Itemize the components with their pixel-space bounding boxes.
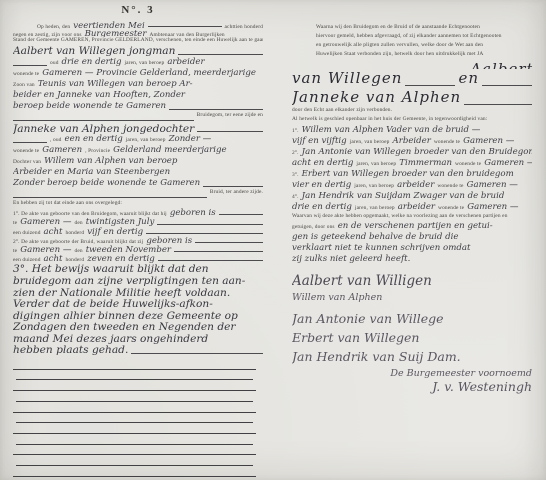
blank-rule xyxy=(219,213,263,215)
text-segment: Gameren — xyxy=(20,245,71,254)
text-segment: Willem van Alphen van beroep xyxy=(44,156,177,166)
blank-rule xyxy=(169,108,263,110)
text-line: 3°.Erbert van Willegen broeder van den b… xyxy=(292,169,532,180)
text-segment: beroep beide wonende te Gameren xyxy=(13,101,166,111)
text-segment: Huwelijken Staat verbonden zijn, hetwelk… xyxy=(316,51,483,57)
blank-rule xyxy=(158,259,263,261)
text-segment: zeven en dertig xyxy=(87,254,155,263)
text-segment: 3°. Het bewijs waaruit blijkt dat den xyxy=(13,263,209,275)
text-line: zien der Nationale Militie heeft voldaan… xyxy=(13,287,263,299)
text-segment: Willem van Alphen Vader van de bruid — xyxy=(302,125,481,135)
text-segment: zij zulks niet geleerd heeft. xyxy=(292,254,410,264)
text-segment: Timmerman xyxy=(399,158,452,168)
text-segment: Gameren — Provincie Gelderland, meerderj… xyxy=(42,68,256,78)
blank-rule xyxy=(482,84,532,86)
ruled-line xyxy=(13,380,256,391)
text-line: Jan Antonie van Willege xyxy=(292,311,532,330)
text-segment: vijf en dertig xyxy=(87,227,143,236)
text-line: Zondagen den tweeden en Negenden der xyxy=(13,321,263,333)
text-line: Dochter vanWillem van Alphen van beroep xyxy=(13,156,263,167)
blank-rule xyxy=(178,53,263,55)
ruled-line xyxy=(13,359,256,370)
text-line: 2°.Jan Antonie van Willegen broeder van … xyxy=(292,147,532,158)
blank-rule xyxy=(13,119,194,121)
text-segment: 2°. xyxy=(292,150,299,156)
text-segment: Gameren — xyxy=(463,136,514,146)
ruled-line xyxy=(16,391,254,402)
text-segment: En hebben zij tot dat einde aan ons over… xyxy=(13,200,122,206)
text-segment: Janneke van Alphen xyxy=(292,88,461,106)
text-line: Waarvan wij deze akte hebben opgemaakt, … xyxy=(292,213,532,221)
document-scan: N°. 3 Op heden, denveertienden Meiachtti… xyxy=(0,0,546,480)
text-segment: Gelderland meerderjarige xyxy=(113,145,226,155)
text-segment: acht xyxy=(44,227,63,236)
text-segment: Gameren xyxy=(42,145,82,155)
text-segment: wonende te xyxy=(13,71,39,77)
text-segment: maand Mei dezes jaars ongehinderd xyxy=(13,333,208,345)
text-segment: 3°. xyxy=(292,172,299,178)
text-line: beroep beide wonende te Gameren xyxy=(13,101,263,112)
text-segment: verklaart niet te kunnen schrijven omdat xyxy=(292,243,470,253)
ruled-line xyxy=(13,402,256,413)
text-segment: digingen alhier binnen deze Gemeente op xyxy=(13,310,238,322)
text-segment: hiervoor gemeld, hebben afgevraagd, of z… xyxy=(316,33,502,39)
text-line: gen is geteekend behalve de bruid die xyxy=(292,232,532,243)
blank-rule xyxy=(203,185,263,187)
text-line: teGameren —dentwintigsten July xyxy=(13,217,263,226)
blank-rule xyxy=(174,250,263,252)
text-line: Zonder beroep beide wonende te Gameren xyxy=(13,178,263,189)
text-segment: De Burgemeester voornoemd xyxy=(390,368,532,379)
text-line: getuigen, door onsen de verschenen parti… xyxy=(292,221,532,232)
text-segment: Op heden, den xyxy=(37,24,70,29)
empty-ruled-section xyxy=(13,359,263,480)
text-line: J. v. Westeningh xyxy=(292,379,532,398)
text-line: en getrouwelijk alle pligten zullen verv… xyxy=(316,42,532,51)
text-segment: , oud xyxy=(50,137,62,143)
certificate-page-left: N°. 3 Op heden, denveertienden Meiachtti… xyxy=(0,0,272,480)
text-segment: wonende te xyxy=(437,183,463,189)
text-segment: Gameren — xyxy=(20,217,71,226)
text-segment: Stand der Gemeente GAMEREN, Provincie GE… xyxy=(13,37,263,43)
blank-rule xyxy=(464,103,532,105)
text-segment: Gameren — xyxy=(484,158,532,168)
text-line: Bruidegom, ter eene zijde en xyxy=(13,112,263,123)
text-segment: Aalbert van Willegen jongman xyxy=(13,45,175,57)
ruled-line xyxy=(16,455,254,466)
text-line: De Burgemeester voornoemd xyxy=(292,368,532,379)
text-segment: geboren is xyxy=(170,208,216,217)
text-segment: bruidegom aan zijne verpligtingen ten aa… xyxy=(13,275,245,287)
text-segment: acht en dertig xyxy=(292,158,353,168)
blank-rule xyxy=(146,232,263,234)
act-number: N°. 3 xyxy=(13,4,263,21)
text-segment: zien der Nationale Militie heeft voldaan… xyxy=(13,287,230,299)
text-segment: Aalbert xyxy=(470,60,532,69)
blank-rule xyxy=(131,352,263,354)
text-line: Stand der Gemeente GAMEREN, Provincie GE… xyxy=(13,37,263,45)
text-line: maand Mei dezes jaars ongehinderd xyxy=(13,333,263,345)
text-segment: Zoon van xyxy=(13,82,35,88)
text-line: Op heden, denveertienden Meiachttien hon… xyxy=(37,21,263,29)
text-segment: vijf en vijftig xyxy=(292,136,347,146)
text-segment: jaren, van beroep xyxy=(126,137,166,143)
text-segment: arbeider xyxy=(167,57,204,67)
act-number-label: N°. 3 xyxy=(121,4,154,16)
text-segment: Al hetwelk is geschied openbaar in het h… xyxy=(292,116,487,122)
text-line: Janneke van Alphen jongedochter xyxy=(13,123,263,135)
text-line: hiervoor gemeld, hebben afgevraagd, of z… xyxy=(316,33,532,42)
text-line: , oudeen en dertigjaren, van beroepZonde… xyxy=(13,134,263,145)
text-line: Al hetwelk is geschied openbaar in het h… xyxy=(292,116,532,125)
text-segment: wonende te xyxy=(438,205,464,211)
ruled-line xyxy=(13,423,256,434)
text-segment: en de verschenen partijen en getui- xyxy=(338,221,493,231)
text-segment: Zonder beroep beide wonende te Gameren xyxy=(13,178,200,188)
text-line: 2°. De akte van geboorte der Bruid, waar… xyxy=(13,236,263,245)
text-segment: Bruidegom, ter eene zijde en xyxy=(197,112,263,118)
text-segment: een duizend xyxy=(13,257,41,263)
text-line: Arbeider en Maria van Steenbergen xyxy=(13,167,263,178)
blank-rule xyxy=(13,64,47,66)
text-segment: honderd xyxy=(65,257,84,263)
text-segment: Dochter van xyxy=(13,159,41,165)
text-line: Aalbert van Willegen jongman xyxy=(13,45,263,57)
text-segment: tweeden November xyxy=(86,245,171,254)
text-segment: Janneke van Alphen jongedochter xyxy=(13,123,194,135)
text-segment: van Willegen xyxy=(292,69,402,87)
text-segment: jaren, van beroep xyxy=(350,139,390,145)
blank-rule xyxy=(195,241,263,243)
text-line: vijf en vijftigjaren, van beroepArbeider… xyxy=(292,136,532,147)
text-segment: 1°. xyxy=(292,128,299,134)
text-segment: Gameren — xyxy=(467,202,518,212)
text-segment: Arbeider xyxy=(393,136,431,146)
blank-rule xyxy=(197,130,263,132)
text-segment: Aalbert van Willigen xyxy=(292,273,432,289)
text-line: 4°.Jan Hendrik van Suijdam Zwager van de… xyxy=(292,191,532,202)
text-line: een duizendachthonderdvijf en dertig xyxy=(13,227,263,236)
text-line: Zoon vanTeunis van Willegen van beroep A… xyxy=(13,79,263,90)
text-segment: Willem van Alphen xyxy=(292,292,382,303)
text-segment: Jan Hendrik van Suijdam Zwager van de br… xyxy=(302,191,505,201)
text-line: van Willegenen xyxy=(292,69,532,88)
text-segment: Arbeider en Maria van Steenbergen xyxy=(13,167,170,177)
text-segment: Teunis van Willegen van beroep Ar- xyxy=(38,79,193,89)
text-segment: achttien honderd xyxy=(225,24,263,29)
text-segment: drie en dertig xyxy=(292,202,352,212)
text-segment: te xyxy=(13,248,17,254)
text-segment: een en dertig xyxy=(65,134,123,144)
text-segment: en xyxy=(458,69,479,87)
text-line: 3°. Het bewijs waaruit blijkt dat den xyxy=(13,263,263,275)
text-line: teGameren —dentweeden November xyxy=(13,245,263,254)
text-segment: acht xyxy=(44,254,63,263)
text-segment: jaren, van beroep xyxy=(354,183,394,189)
text-line: En hebben zij tot dat einde aan ons over… xyxy=(13,200,263,208)
text-segment: veertienden Mei xyxy=(73,21,144,29)
text-segment: wonende te xyxy=(455,161,481,167)
text-line: wonende teGameren — Provincie Gelderland… xyxy=(13,68,263,79)
text-segment: Bruid, ter andere zijde. xyxy=(210,189,263,195)
text-line: Bruid, ter andere zijde. xyxy=(13,189,263,200)
text-line: Willem van Alphen xyxy=(292,292,532,311)
text-segment: Zondagen den tweeden en Negenden der xyxy=(13,321,235,333)
text-segment: wonende te xyxy=(434,139,460,145)
text-line: 1°. De akte van geboorte van den Bruideg… xyxy=(13,208,263,217)
text-segment: twintigsten July xyxy=(86,217,155,226)
text-segment: Gameren — xyxy=(467,180,518,190)
text-line: bruidegom aan zijne verpligtingen ten aa… xyxy=(13,275,263,287)
text-segment: honderd xyxy=(65,230,84,236)
text-line: wonende teGameren, ProvincieGelderland m… xyxy=(13,145,263,156)
text-segment: jaren, van beroep xyxy=(355,205,395,211)
text-segment: gen is geteekend behalve de bruid die xyxy=(292,232,458,242)
text-segment: den xyxy=(74,248,82,254)
text-segment: Jan Antonie van Willege xyxy=(292,311,444,326)
text-segment: Jan Antonie van Willegen broeder van den… xyxy=(302,147,532,157)
text-line: beantwoord zijnde, hebben wij in den naa… xyxy=(316,60,532,69)
text-segment: door den Echt aan elkander zijn verbonde… xyxy=(292,107,392,113)
text-line: digingen alhier binnen deze Gemeente op xyxy=(13,310,263,322)
text-segment: jaren, van beroep xyxy=(356,161,396,167)
text-segment: den xyxy=(74,220,82,226)
text-line: acht en dertigjaren, van beroepTimmerman… xyxy=(292,158,532,169)
blank-rule xyxy=(157,223,263,225)
text-line: Huwelijken Staat verbonden zijn, hetwelk… xyxy=(316,51,532,60)
ruled-line xyxy=(13,445,256,456)
text-line: Aalbert van Willigen xyxy=(292,273,532,292)
text-line: hebben plaats gehad. xyxy=(13,344,263,356)
text-segment: hebben plaats gehad. xyxy=(13,344,128,356)
text-line: ouddrie en dertigjaren, van beroeparbeid… xyxy=(13,57,263,68)
text-segment: beider en Janneke van Hooften, Zonder xyxy=(13,90,185,100)
text-line: 1°.Willem van Alphen Vader van de bruid … xyxy=(292,125,532,136)
text-segment: getuigen, door ons xyxy=(292,224,335,230)
text-line: drie en dertigjaren, van beroeparbeiderw… xyxy=(292,202,532,213)
ruled-line xyxy=(13,466,256,477)
blank-rule xyxy=(13,196,207,198)
text-segment: en getrouwelijk alle pligten zullen verv… xyxy=(316,42,483,48)
text-line: Janneke van Alphen xyxy=(292,88,532,107)
text-segment: Verder dat de beide Huwelijks-afkon- xyxy=(13,298,213,310)
text-segment: 2°. De akte van geboorte der Bruid, waar… xyxy=(13,239,143,245)
text-line: Erbert van Willegen xyxy=(292,330,532,349)
text-segment: drie en dertig xyxy=(62,57,122,67)
text-segment: J. v. Westeningh xyxy=(432,379,532,394)
text-segment: Jan Hendrik van Suij Dam. xyxy=(292,349,461,364)
text-segment: een duizend xyxy=(13,230,41,236)
text-line: een duizendachthonderdzeven en dertig xyxy=(13,254,263,263)
text-segment: oud xyxy=(50,60,59,66)
text-line: Verder dat de beide Huwelijks-afkon- xyxy=(13,298,263,310)
text-line: door den Echt aan elkander zijn verbonde… xyxy=(292,107,532,116)
text-segment: 1°. De akte van geboorte van den Bruideg… xyxy=(13,211,167,217)
ruled-line xyxy=(16,413,254,424)
text-line: Waarna wij den Bruidegom en de Bruid of … xyxy=(316,24,532,33)
ruled-line xyxy=(16,370,254,381)
text-line: beider en Janneke van Hooften, Zonder xyxy=(13,90,263,101)
certificate-page-right: Waarna wij den Bruidegom en de Bruid of … xyxy=(272,0,546,480)
text-segment: Zonder — xyxy=(169,134,212,144)
text-segment: arbeider xyxy=(397,180,434,190)
text-segment: Burgemeester xyxy=(85,29,147,37)
blank-rule xyxy=(13,141,47,143)
ruled-line xyxy=(16,434,254,445)
text-line: vier en dertigjaren, van beroeparbeiderw… xyxy=(292,180,532,191)
text-segment: te xyxy=(13,220,17,226)
text-segment: 4°. xyxy=(292,194,299,200)
text-segment: Waarna wij den Bruidegom en de Bruid of … xyxy=(316,24,480,30)
text-segment: jaren, van beroep xyxy=(124,60,164,66)
text-line: negen en zestig, zijn voor onsBurgemeest… xyxy=(13,29,263,37)
text-segment: arbeider xyxy=(398,202,435,212)
text-line: zij zulks niet geleerd heeft. xyxy=(292,254,532,265)
text-segment: Waarvan wij deze akte hebben opgemaakt, … xyxy=(292,213,508,219)
text-segment: vier en dertig xyxy=(292,180,351,190)
text-segment: , Provincie xyxy=(85,148,110,154)
blank-rule xyxy=(148,25,222,27)
text-line: verklaart niet te kunnen schrijven omdat xyxy=(292,243,532,254)
text-segment: wonende te xyxy=(13,148,39,154)
blank-rule xyxy=(405,84,455,86)
text-segment: Erbert van Willegen xyxy=(292,330,419,345)
text-segment: geboren is xyxy=(146,236,192,245)
text-segment: Erbert van Willegen broeder van den brui… xyxy=(302,169,514,179)
text-line: Jan Hendrik van Suij Dam. xyxy=(292,349,532,368)
ruled-line xyxy=(16,477,254,480)
